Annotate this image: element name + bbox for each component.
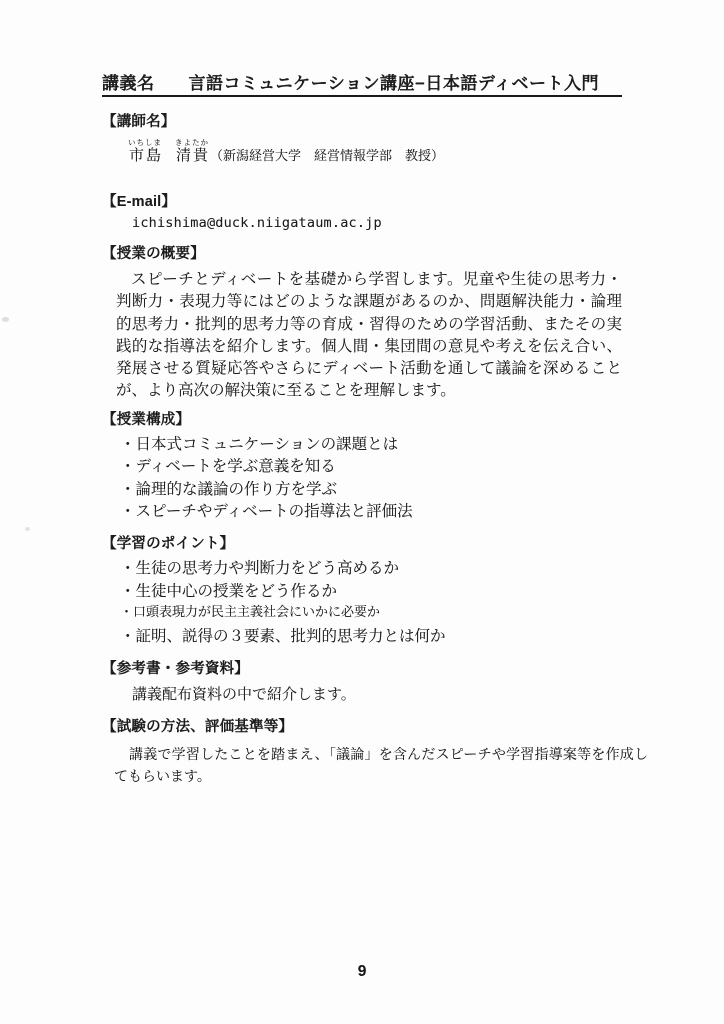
lecturer-heading: 【講師名】	[102, 113, 622, 132]
course-title-row: 講義名 言語コミュニケーション講座−日本語ディベート入門	[102, 74, 622, 97]
points-list: ・生徒の思考力や判断力をどう高めるか ・生徒中心の授業をどう作るか ・口頭表現力…	[102, 557, 622, 647]
structure-heading: 【授業構成】	[102, 411, 622, 430]
structure-item: ・スピーチやディベートの指導法と評価法	[120, 500, 622, 522]
lecturer-surname-text: 市島	[128, 146, 162, 164]
section-references: 【参考書・参考資料】 講義配布資料の中で紹介します。	[102, 660, 622, 704]
points-heading: 【学習のポイント】	[102, 535, 622, 554]
lecturer-affiliation: （新潟経営大学 経営情報学部 教授）	[210, 149, 444, 164]
points-item: ・口頭表現力が民主主義社会にいかに必要か	[120, 602, 622, 624]
references-heading: 【参考書・参考資料】	[102, 660, 622, 679]
lecturer-given-name-text: 清貴	[175, 146, 209, 164]
lecturer-given-name-furigana: きよたか	[175, 138, 209, 147]
points-item: ・生徒の思考力や判断力をどう高めるか	[120, 557, 622, 579]
scan-speck	[25, 527, 30, 531]
section-overview: 【授業の概要】 スピーチとディベートを基礎から学習します。児童や生徒の思考力・判…	[102, 245, 622, 402]
section-exam: 【試験の方法、評価基準等】 講義で学習したことを踏まえ、「議論」を含んだスピーチ…	[102, 718, 622, 788]
structure-item: ・日本式コミュニケーションの課題とは	[120, 433, 622, 455]
points-item: ・生徒中心の授業をどう作るか	[120, 580, 622, 602]
lecturer-surname: 市島いちしま	[128, 146, 162, 164]
lecturer-surname-furigana: いちしま	[128, 138, 162, 147]
references-body: 講義配布資料の中で紹介します。	[132, 684, 622, 704]
course-title: 言語コミュニケーション講座−日本語ディベート入門	[189, 74, 600, 94]
lecturer-name-line: 市島いちしま清貴きよたか（新潟経営大学 経営情報学部 教授）	[128, 138, 622, 167]
email-address: ichishima@duck.niigataum.ac.jp	[132, 215, 622, 232]
section-points: 【学習のポイント】 ・生徒の思考力や判断力をどう高めるか ・生徒中心の授業をどう…	[102, 535, 622, 647]
scan-speck	[2, 317, 9, 322]
lecturer-given-name: 清貴きよたか	[175, 146, 208, 164]
course-label: 講義名	[102, 74, 155, 94]
section-email: 【E-mail】 ichishima@duck.niigataum.ac.jp	[102, 193, 622, 232]
section-structure: 【授業構成】 ・日本式コミュニケーションの課題とは ・ディベートを学ぶ意義を知る…	[102, 411, 622, 523]
exam-body: 講義で学習したことを踏まえ、「議論」を含んだスピーチや学習指導案等を作成してもら…	[114, 744, 648, 788]
structure-list: ・日本式コミュニケーションの課題とは ・ディベートを学ぶ意義を知る ・論理的な議…	[102, 433, 622, 523]
exam-heading: 【試験の方法、評価基準等】	[102, 718, 622, 737]
points-item: ・証明、説得の３要素、批判的思考力とは何か	[120, 625, 622, 647]
structure-item: ・論理的な議論の作り方を学ぶ	[120, 478, 622, 500]
email-heading: 【E-mail】	[102, 193, 622, 212]
overview-heading: 【授業の概要】	[102, 245, 622, 264]
page-number: 9	[0, 963, 724, 981]
section-lecturer: 【講師名】 市島いちしま清貴きよたか（新潟経営大学 経営情報学部 教授）	[102, 113, 622, 167]
document-page: 講義名 言語コミュニケーション講座−日本語ディベート入門 【講師名】 市島いちし…	[0, 0, 724, 1024]
page-content: 講義名 言語コミュニケーション講座−日本語ディベート入門 【講師名】 市島いちし…	[102, 74, 622, 788]
structure-item: ・ディベートを学ぶ意義を知る	[120, 455, 622, 477]
overview-body: スピーチとディベートを基礎から学習します。児童や生徒の思考力・判断力・表現力等に…	[116, 268, 622, 402]
